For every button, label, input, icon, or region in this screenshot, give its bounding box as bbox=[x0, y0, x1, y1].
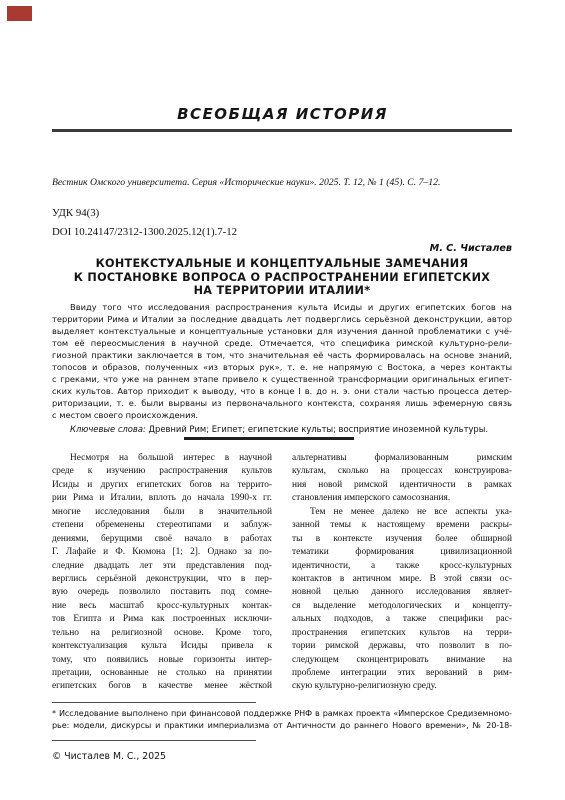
text-line: многие исследования были в значительной bbox=[52, 506, 272, 519]
text-line: К ПОСТАНОВКЕ ВОПРОСА О РАСПРОСТРАНЕНИИ Е… bbox=[52, 271, 512, 285]
text-line: пространения египетских культов на терри… bbox=[292, 627, 512, 640]
journal-article-page: ВСЕОБЩАЯ ИСТОРИЯ Вестник Омского универс… bbox=[0, 0, 565, 800]
text-line: * Исследование выполнено при финансовой … bbox=[52, 707, 512, 719]
text-line: с греками, что уже на раннем этапе приве… bbox=[52, 373, 512, 385]
text-line: ских культов. Автор приходит к выводу, ч… bbox=[52, 385, 512, 397]
text-line: тому, что появились новые горизонты инте… bbox=[52, 654, 272, 667]
copyright-separator bbox=[52, 740, 256, 741]
text-line: Несмотря на большой интерес в научной bbox=[52, 452, 272, 465]
text-line: ты в контексте изучения более обширной bbox=[292, 533, 512, 546]
text-line: египетских богов в качестве менее жёстко… bbox=[52, 680, 272, 693]
text-line: контекстуализация культа Исиды привела к bbox=[52, 640, 272, 653]
text-line: ся выделение методологических и концепту… bbox=[292, 600, 512, 613]
keywords-label: Ключевые слова: bbox=[70, 424, 146, 434]
text-line: новной целью данного исследования являет… bbox=[292, 586, 512, 599]
text-line: среде к изучению распространения культов bbox=[52, 465, 272, 478]
text-line: тов Египта и Рима как построенных исключ… bbox=[52, 613, 272, 626]
red-marker-badge bbox=[7, 6, 32, 21]
footnote-text: * Исследование выполнено при финансовой … bbox=[52, 707, 512, 732]
text-line: Г. Лафайе и Ф. Кюмона [1; 2]. Однако за … bbox=[52, 546, 272, 559]
abstract-text: Ввиду того что исследования распростране… bbox=[52, 301, 512, 421]
keywords-line: Ключевые слова: Древний Рим; Египет; еги… bbox=[52, 424, 512, 434]
copyright-line: © Чисталев М. С., 2025 bbox=[52, 751, 166, 762]
text-line: выделяет контекстуальные и концептуальны… bbox=[52, 325, 512, 337]
body-column-left: Несмотря на большой интерес в научнойсре… bbox=[52, 452, 272, 694]
text-line: следние двадцать лет эти представления п… bbox=[52, 560, 272, 573]
text-line: НА ТЕРРИТОРИИ ИТАЛИИ* bbox=[52, 284, 512, 298]
section-title: ВСЕОБЩАЯ ИСТОРИЯ bbox=[0, 105, 565, 123]
text-line: альтернативы формализованным римским bbox=[292, 452, 512, 465]
author-name: М. С. Чисталев bbox=[52, 243, 512, 254]
doi-code: DOI 10.24147/2312-1300.2025.12(1).7-12 bbox=[52, 226, 237, 238]
text-line: верглись серьёзной деконструкции, что в … bbox=[52, 573, 272, 586]
text-line: топосов и образов, полученных «из вторых… bbox=[52, 361, 512, 373]
text-line: ние весь масштаб кросс-культурных контак… bbox=[52, 600, 272, 613]
header-rule bbox=[52, 129, 512, 132]
text-line: идентичности, а также кросс-культурных bbox=[292, 560, 512, 573]
body-column-right: альтернативы формализованным римскимкуль… bbox=[292, 452, 512, 694]
text-line: контактов в античном мире. В этой связи … bbox=[292, 573, 512, 586]
text-line: тории римской державы, что позволит в по… bbox=[292, 640, 512, 653]
text-line: вую очередь позволило поставить под сомн… bbox=[52, 586, 272, 599]
text-line: гиозной практики заключается в том, что … bbox=[52, 349, 512, 361]
text-line: рье: модели, дискурсы и практики империа… bbox=[52, 719, 512, 731]
journal-citation: Вестник Омского университета. Серия «Ист… bbox=[52, 177, 512, 188]
text-line: Ввиду того что исследования распростране… bbox=[52, 301, 512, 313]
article-title: КОНТЕКСТУАЛЬНЫЕ И КОНЦЕПТУАЛЬНЫЕ ЗАМЕЧАН… bbox=[52, 257, 512, 298]
text-line: становления имперского самосознания. bbox=[292, 492, 512, 505]
udc-code: УДК 94(3) bbox=[52, 207, 99, 219]
text-line: скую культурно-религиозную среду. bbox=[292, 680, 512, 693]
text-line: территории Рима и Италии за последние дв… bbox=[52, 313, 512, 325]
text-line: том её переосмысления в научной среде. О… bbox=[52, 337, 512, 349]
text-line: следующем сконцентрировать внимание на bbox=[292, 654, 512, 667]
text-line: проблеме интеграции этих верований в рим… bbox=[292, 667, 512, 680]
text-line: рии Рима и Италии, вплоть до начала 1990… bbox=[52, 492, 272, 505]
footnote-separator bbox=[52, 702, 256, 703]
keywords-text: Древний Рим; Египет; египетские культы; … bbox=[146, 424, 488, 434]
text-line: занной темы к настоящему времени раскры- bbox=[292, 519, 512, 532]
text-line: с местом своего происхождения. bbox=[52, 409, 512, 421]
text-line: ния новой римской идентичности в рамках bbox=[292, 479, 512, 492]
keywords-divider-rule bbox=[184, 437, 354, 440]
text-line: дениями, берущими своё начало в работах bbox=[52, 533, 272, 546]
text-line: КОНТЕКСТУАЛЬНЫЕ И КОНЦЕПТУАЛЬНЫЕ ЗАМЕЧАН… bbox=[52, 257, 512, 271]
text-line: тематики формирования цивилизационной bbox=[292, 546, 512, 559]
text-line: риторизации, т. е. были вырваны из перво… bbox=[52, 397, 512, 409]
text-line: Тем не менее далеко не все аспекты ука- bbox=[292, 506, 512, 519]
text-line: претации, основанные не столько на приня… bbox=[52, 667, 272, 680]
text-line: степени обременены стереотипами и заблуж… bbox=[52, 519, 272, 532]
text-line: Исиды и других египетских богов на терри… bbox=[52, 479, 272, 492]
text-line: культам, сколько на процессах конструиро… bbox=[292, 465, 512, 478]
text-line: тельно на религиозной основе. Кроме того… bbox=[52, 627, 272, 640]
text-line: альных подходов, а также специфики рас- bbox=[292, 613, 512, 626]
